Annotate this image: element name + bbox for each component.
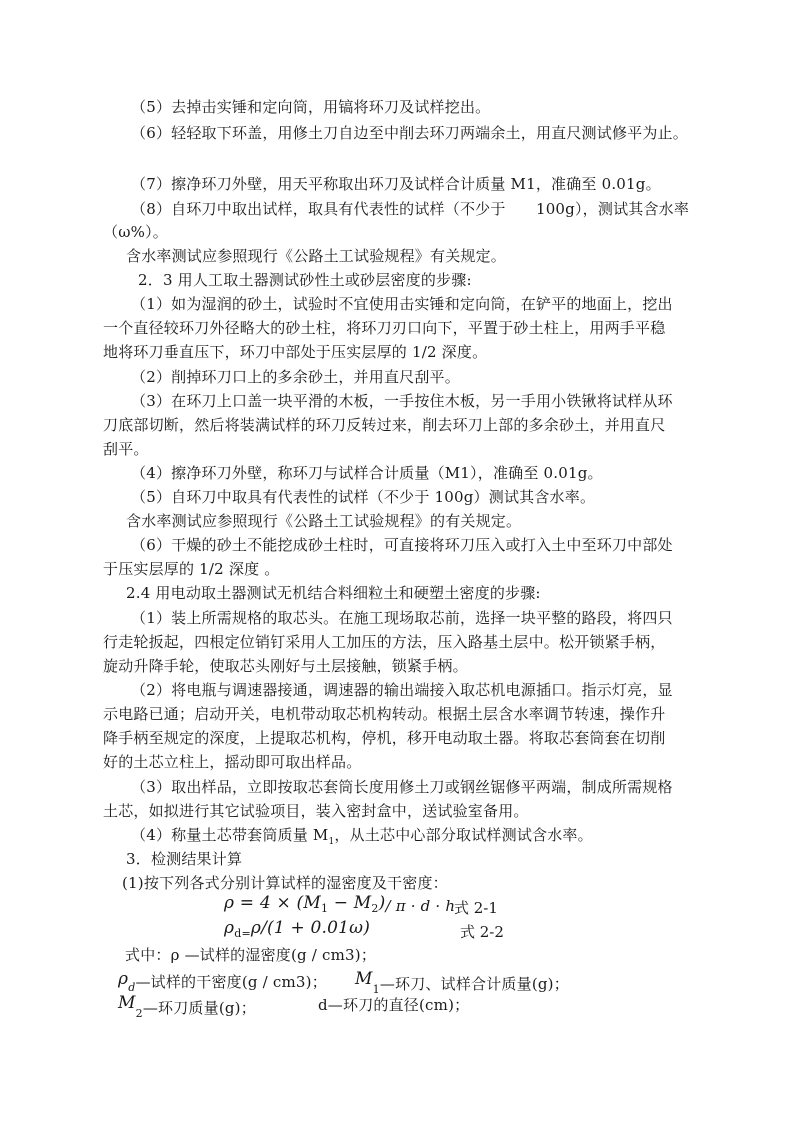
s23-step-1-line1: （1）如为湿润的砂土，试验时不宜使用击实锤和定向筒，在铲平的地面上，挖出 bbox=[131, 294, 751, 314]
s23-step-3-line3: 刮平。 bbox=[103, 439, 723, 459]
s24-step-2-line4: 好的土芯立柱上，摇动即可取出样品。 bbox=[103, 752, 723, 772]
s23-step-6-line1: （6）干燥的砂土不能挖成砂土柱时，可直接将环刀压入或打入土中至环刀中部处 bbox=[131, 535, 751, 555]
definition-wet-density: 式中：ρ —试样的湿密度(g / cm3)； bbox=[125, 945, 745, 965]
document-page: （5）去掉击实锤和定向筒，用镐将环刀及试样挖出。 （6）轻轻取下环盖，用修土刀自… bbox=[0, 0, 800, 1131]
equation-wet-density: ρ = 4 × (M1 − M2)/ π · d · h bbox=[224, 893, 800, 919]
s23-step-2: （2）削掉环刀口上的多余砂土，并用直尺刮平。 bbox=[131, 367, 751, 387]
section-3-heading: 3．检测结果计算 bbox=[126, 849, 746, 869]
s24-step-2-line1: （2）将电瓶与调速器接通，调速器的输出端接入取芯机电源插口。指示灯亮，显 bbox=[131, 680, 751, 700]
s24-step-1-line3: 旋动升降手轮，使取芯头刚好与土层接触，锁紧手柄。 bbox=[103, 656, 723, 676]
step-7-weigh-m1: （7）擦净环刀外壁，用天平称取出环刀及试样合计质量 M1，准确至 0.01g。 bbox=[131, 174, 751, 194]
s23-step-1-line3: 地将环刀垂直压下，环刀中部处于压实层厚的 1/2 深度。 bbox=[103, 342, 723, 362]
s23-water-note: 含水率测试应参照现行《公路土工试验规程》的有关规定。 bbox=[126, 511, 746, 531]
s24-step-2-line3: 降手柄至规定的深度，上提取芯机构，停机，移开电动取土器。将取芯套筒套在切削 bbox=[103, 728, 723, 748]
equation-dry-density: ρd=ρ/(1 + 0.01ω) bbox=[224, 918, 800, 944]
step-5-remove-hammer: （5）去掉击实锤和定向筒，用镐将环刀及试样挖出。 bbox=[131, 97, 751, 117]
s24-step-1-line2: 行走轮扳起，四根定位销钉采用人工加压的方法，压入路基土层中。松开锁紧手柄， bbox=[103, 632, 723, 652]
s23-step-3-line1: （3）在环刀上口盖一块平滑的木板，一手按住木板，另一手用小铁锹将试样从环 bbox=[131, 391, 751, 411]
s24-step-2-line2: 示电路已通；启动开关，电机带动取芯机构转动。根据土层含水率调节转速，操作升 bbox=[103, 704, 723, 724]
s24-step-3-line2: 土芯，如拟进行其它试验项目，装入密封盒中，送试验室备用。 bbox=[103, 801, 723, 821]
s24-step-4: （4）称量土芯带套筒质量 M1，从土芯中心部分取试样测试含水率。 bbox=[131, 825, 751, 852]
s24-step-4-text-a: （4）称量土芯带套筒质量 M bbox=[131, 826, 328, 844]
step-8-water-content: （8）自环刀中取出试样，取具有代表性的试样（不少于 100g），测试其含水率 bbox=[131, 199, 751, 219]
calc-intro: (1)按下列各式分别计算试样的湿密度及干密度： bbox=[122, 873, 742, 893]
equation-label-2-2: 式 2-2 bbox=[460, 921, 504, 942]
s23-step-3-line2: 刀底部切断，然后将装满试样的环刀反转过来，削去环刀上部的多余砂土，并用直尺 bbox=[103, 415, 723, 435]
equation-label-2-1: 式 2-1 bbox=[454, 897, 498, 918]
s24-step-1-line1: （1）装上所需规格的取芯头。在施工现场取芯前，选择一块平整的路段，将四只 bbox=[131, 608, 751, 628]
water-content-note: 含水率测试应参照现行《公路土工试验规程》有关规定。 bbox=[126, 246, 746, 266]
step-6-trim-soil: （6）轻轻取下环盖，用修土刀自边至中削去环刀两端余土，用直尺测试修平为止。 bbox=[131, 123, 751, 143]
section-2-3-heading: 2．3 用人工取土器测试砂性土或砂层密度的步骤: bbox=[138, 270, 758, 290]
s23-step-1-line2: 一个直径较环刀外径略大的砂土柱，将环刀刃口向下，平置于砂土柱上，用两手平稳 bbox=[103, 318, 723, 338]
s23-step-6-line2: 于压实层厚的 1/2 深度 。 bbox=[103, 559, 723, 579]
definition-diameter: d—环刀的直径(cm)； bbox=[318, 995, 800, 1015]
section-2-4-heading: 2.4 用电动取土器测试无机结合料细粒土和硬塑土密度的步骤: bbox=[126, 583, 746, 603]
s24-step-3-line1: （3）取出样品，立即按取芯套筒长度用修土刀或钢丝锯修平两端，制成所需规格 bbox=[131, 777, 751, 797]
step-8-continuation: （ω%）。 bbox=[103, 222, 723, 242]
s24-step-4-text-b: ，从土芯中心部分取试样测试含水率。 bbox=[334, 826, 592, 844]
s23-step-4: （4）擦净环刀外壁，称环刀与试样合计质量（M1），准确至 0.01g。 bbox=[131, 463, 751, 483]
s23-step-5: （5）自环刀中取具有代表性的试样（不少于 100g）测试其含水率。 bbox=[131, 487, 751, 507]
